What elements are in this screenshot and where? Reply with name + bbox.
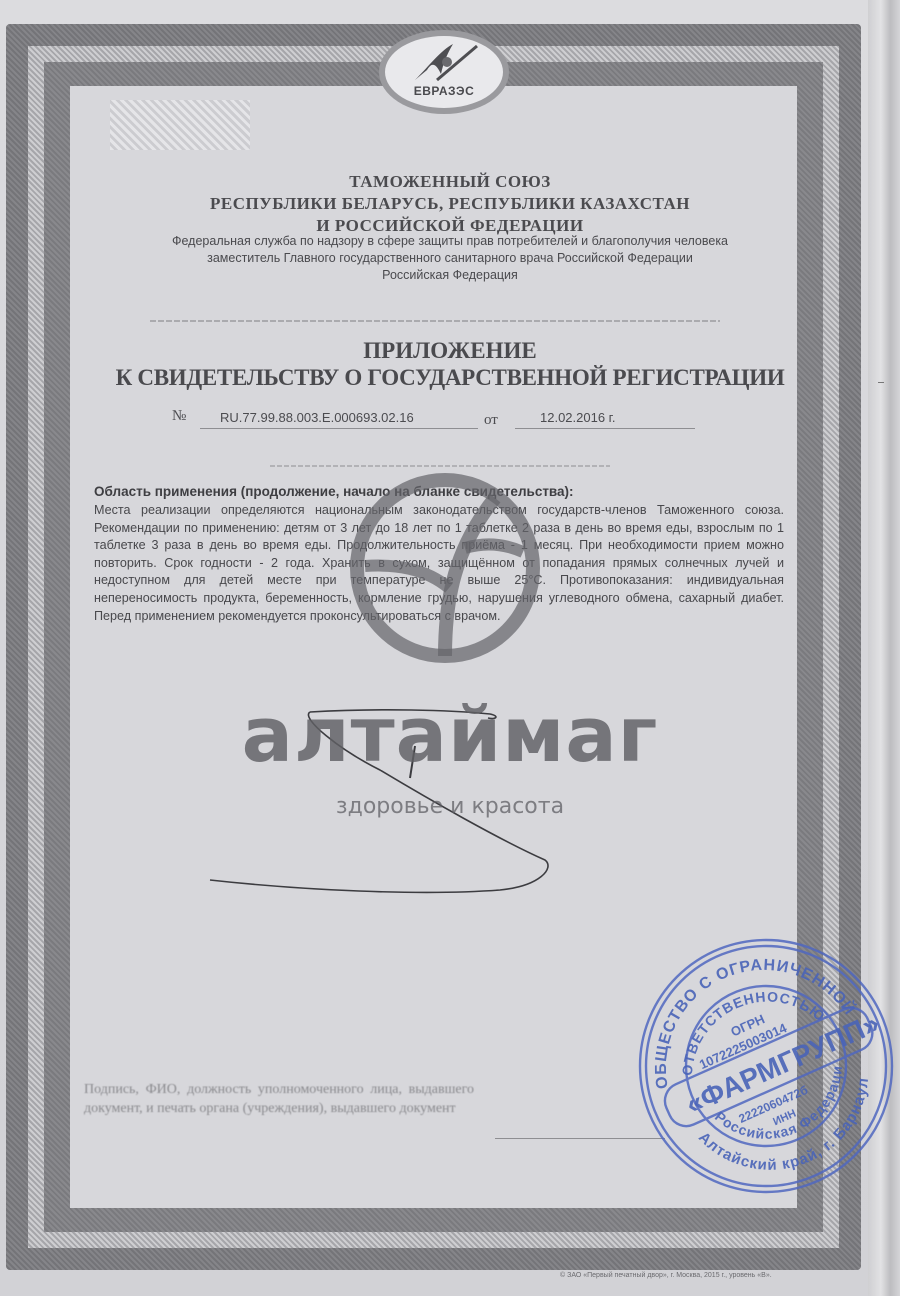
header-customs-union: ТАМОЖЕННЫЙ СОЮЗ [90, 172, 810, 192]
scan-mark [878, 382, 884, 383]
eurasec-emblem: ЕВРАЗЭС [385, 36, 503, 108]
watermark-brand: алтаймаг [180, 690, 720, 779]
watermark-tagline: здоровье и красота [200, 794, 700, 819]
registration-number-underline [200, 428, 478, 429]
fine-print-caption [150, 320, 720, 322]
registration-date-underline [515, 428, 695, 429]
registration-date-label: от [484, 412, 498, 429]
authority-line-3: Российская Федерация [90, 268, 810, 282]
printer-footnote: © ЗАО «Первый печатный двор», г. Москва,… [560, 1272, 772, 1279]
registration-number-label: № [172, 408, 186, 425]
fine-print-caption-2 [270, 465, 610, 467]
authority-line-2: заместитель Главного государственного са… [90, 251, 810, 265]
eurasec-emblem-icon [407, 40, 481, 84]
header-federation: И РОССИЙСКОЙ ФЕДЕРАЦИИ [90, 216, 810, 236]
document-subtitle: К СВИДЕТЕЛЬСТВУ О ГОСУДАРСТВЕННОЙ РЕГИСТ… [90, 365, 810, 391]
signature-block-label: Подпись, ФИО, должность уполномоченного … [84, 1080, 474, 1118]
document-title: ПРИЛОЖЕНИЕ [90, 338, 810, 364]
guilloche-pattern [110, 100, 250, 150]
emblem-label: ЕВРАЗЭС [385, 84, 503, 98]
registration-number: RU.77.99.88.003.Е.000693.02.16 [220, 410, 414, 425]
header-republics: РЕСПУБЛИКИ БЕЛАРУСЬ, РЕСПУБЛИКИ КАЗАХСТА… [90, 194, 810, 214]
registration-date: 12.02.2016 г. [540, 410, 615, 425]
company-seal-stamp: ОБЩЕСТВО С ОГРАНИЧЕННОЙ ОТВЕТСТВЕННОСТЬЮ… [628, 928, 898, 1198]
altaimag-leaf-logo-icon [345, 468, 545, 668]
authority-line-1: Федеральная служба по надзору в сфере за… [90, 234, 810, 248]
